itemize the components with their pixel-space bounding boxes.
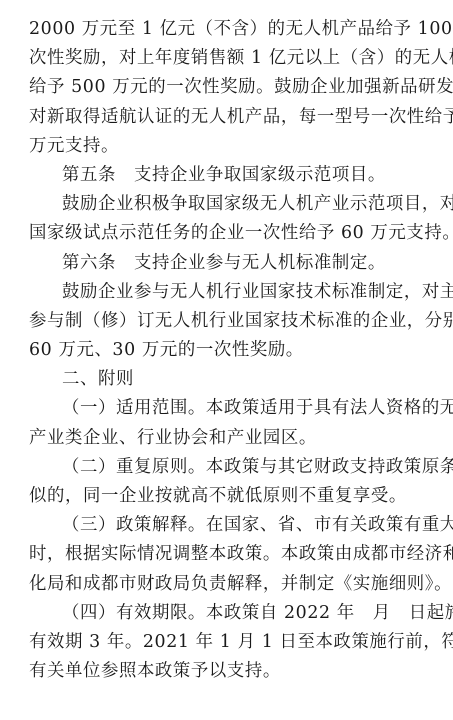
text-line: 对新取得适航认证的无人机产品，每一型号一次性给予 30 <box>29 103 433 132</box>
text-line: （一）适用范围。本政策适用于具有法人资格的无人机 <box>29 394 433 423</box>
text-line: 化局和成都市财政局负责解释，并制定《实施细则》。 <box>29 570 433 599</box>
text-line: 似的，同一企业按就高不就低原则不重复享受。 <box>29 482 433 511</box>
section-2-heading: 二、附则 <box>29 365 433 394</box>
text-line: 参与制（修）订无人机行业国家技术标准的企业，分别给予 <box>29 307 433 336</box>
article-6-heading: 第六条 支持企业参与无人机标准制定。 <box>29 249 433 278</box>
text-line: 产业类企业、行业协会和产业园区。 <box>29 424 433 453</box>
text-line: （二）重复原则。本政策与其它财政支持政策原条款相 <box>29 453 433 482</box>
text-line: （三）政策解释。在国家、省、市有关政策有重大调整 <box>29 511 433 540</box>
article-5-heading: 第五条 支持企业争取国家级示范项目。 <box>29 161 433 190</box>
text-line: 给予 500 万元的一次性奖励。鼓励企业加强新品研发制造， <box>29 73 433 102</box>
text-line: 有关单位参照本政策予以支持。 <box>29 657 433 686</box>
text-line: 60 万元、30 万元的一次性奖励。 <box>29 336 433 365</box>
text-line: 万元支持。 <box>29 132 433 161</box>
text-line: 鼓励企业参与无人机行业国家技术标准制定，对主导、 <box>29 278 433 307</box>
text-line: 次性奖励，对上年度销售额 1 亿元以上（含）的无人机产品 <box>29 44 433 73</box>
text-line: （四）有效期限。本政策自 2022 年 月 日起施行， <box>29 599 433 628</box>
text-line: 时，根据实际情况调整本政策。本政策由成都市经济和信息 <box>29 540 433 569</box>
text-line: 国家级试点示范任务的企业一次性给予 60 万元支持。 <box>29 219 433 248</box>
text-line: 2000 万元至 1 亿元（不含）的无人机产品给予 100 万元的一 <box>29 15 433 44</box>
text-line: 鼓励企业积极争取国家级无人机产业示范项目，对承担 <box>29 190 433 219</box>
document-page: 2000 万元至 1 亿元（不含）的无人机产品给予 100 万元的一 次性奖励，… <box>29 15 433 686</box>
text-line: 有效期 3 年。2021 年 1 月 1 日至本政策施行前，符合条件的 <box>29 628 433 657</box>
